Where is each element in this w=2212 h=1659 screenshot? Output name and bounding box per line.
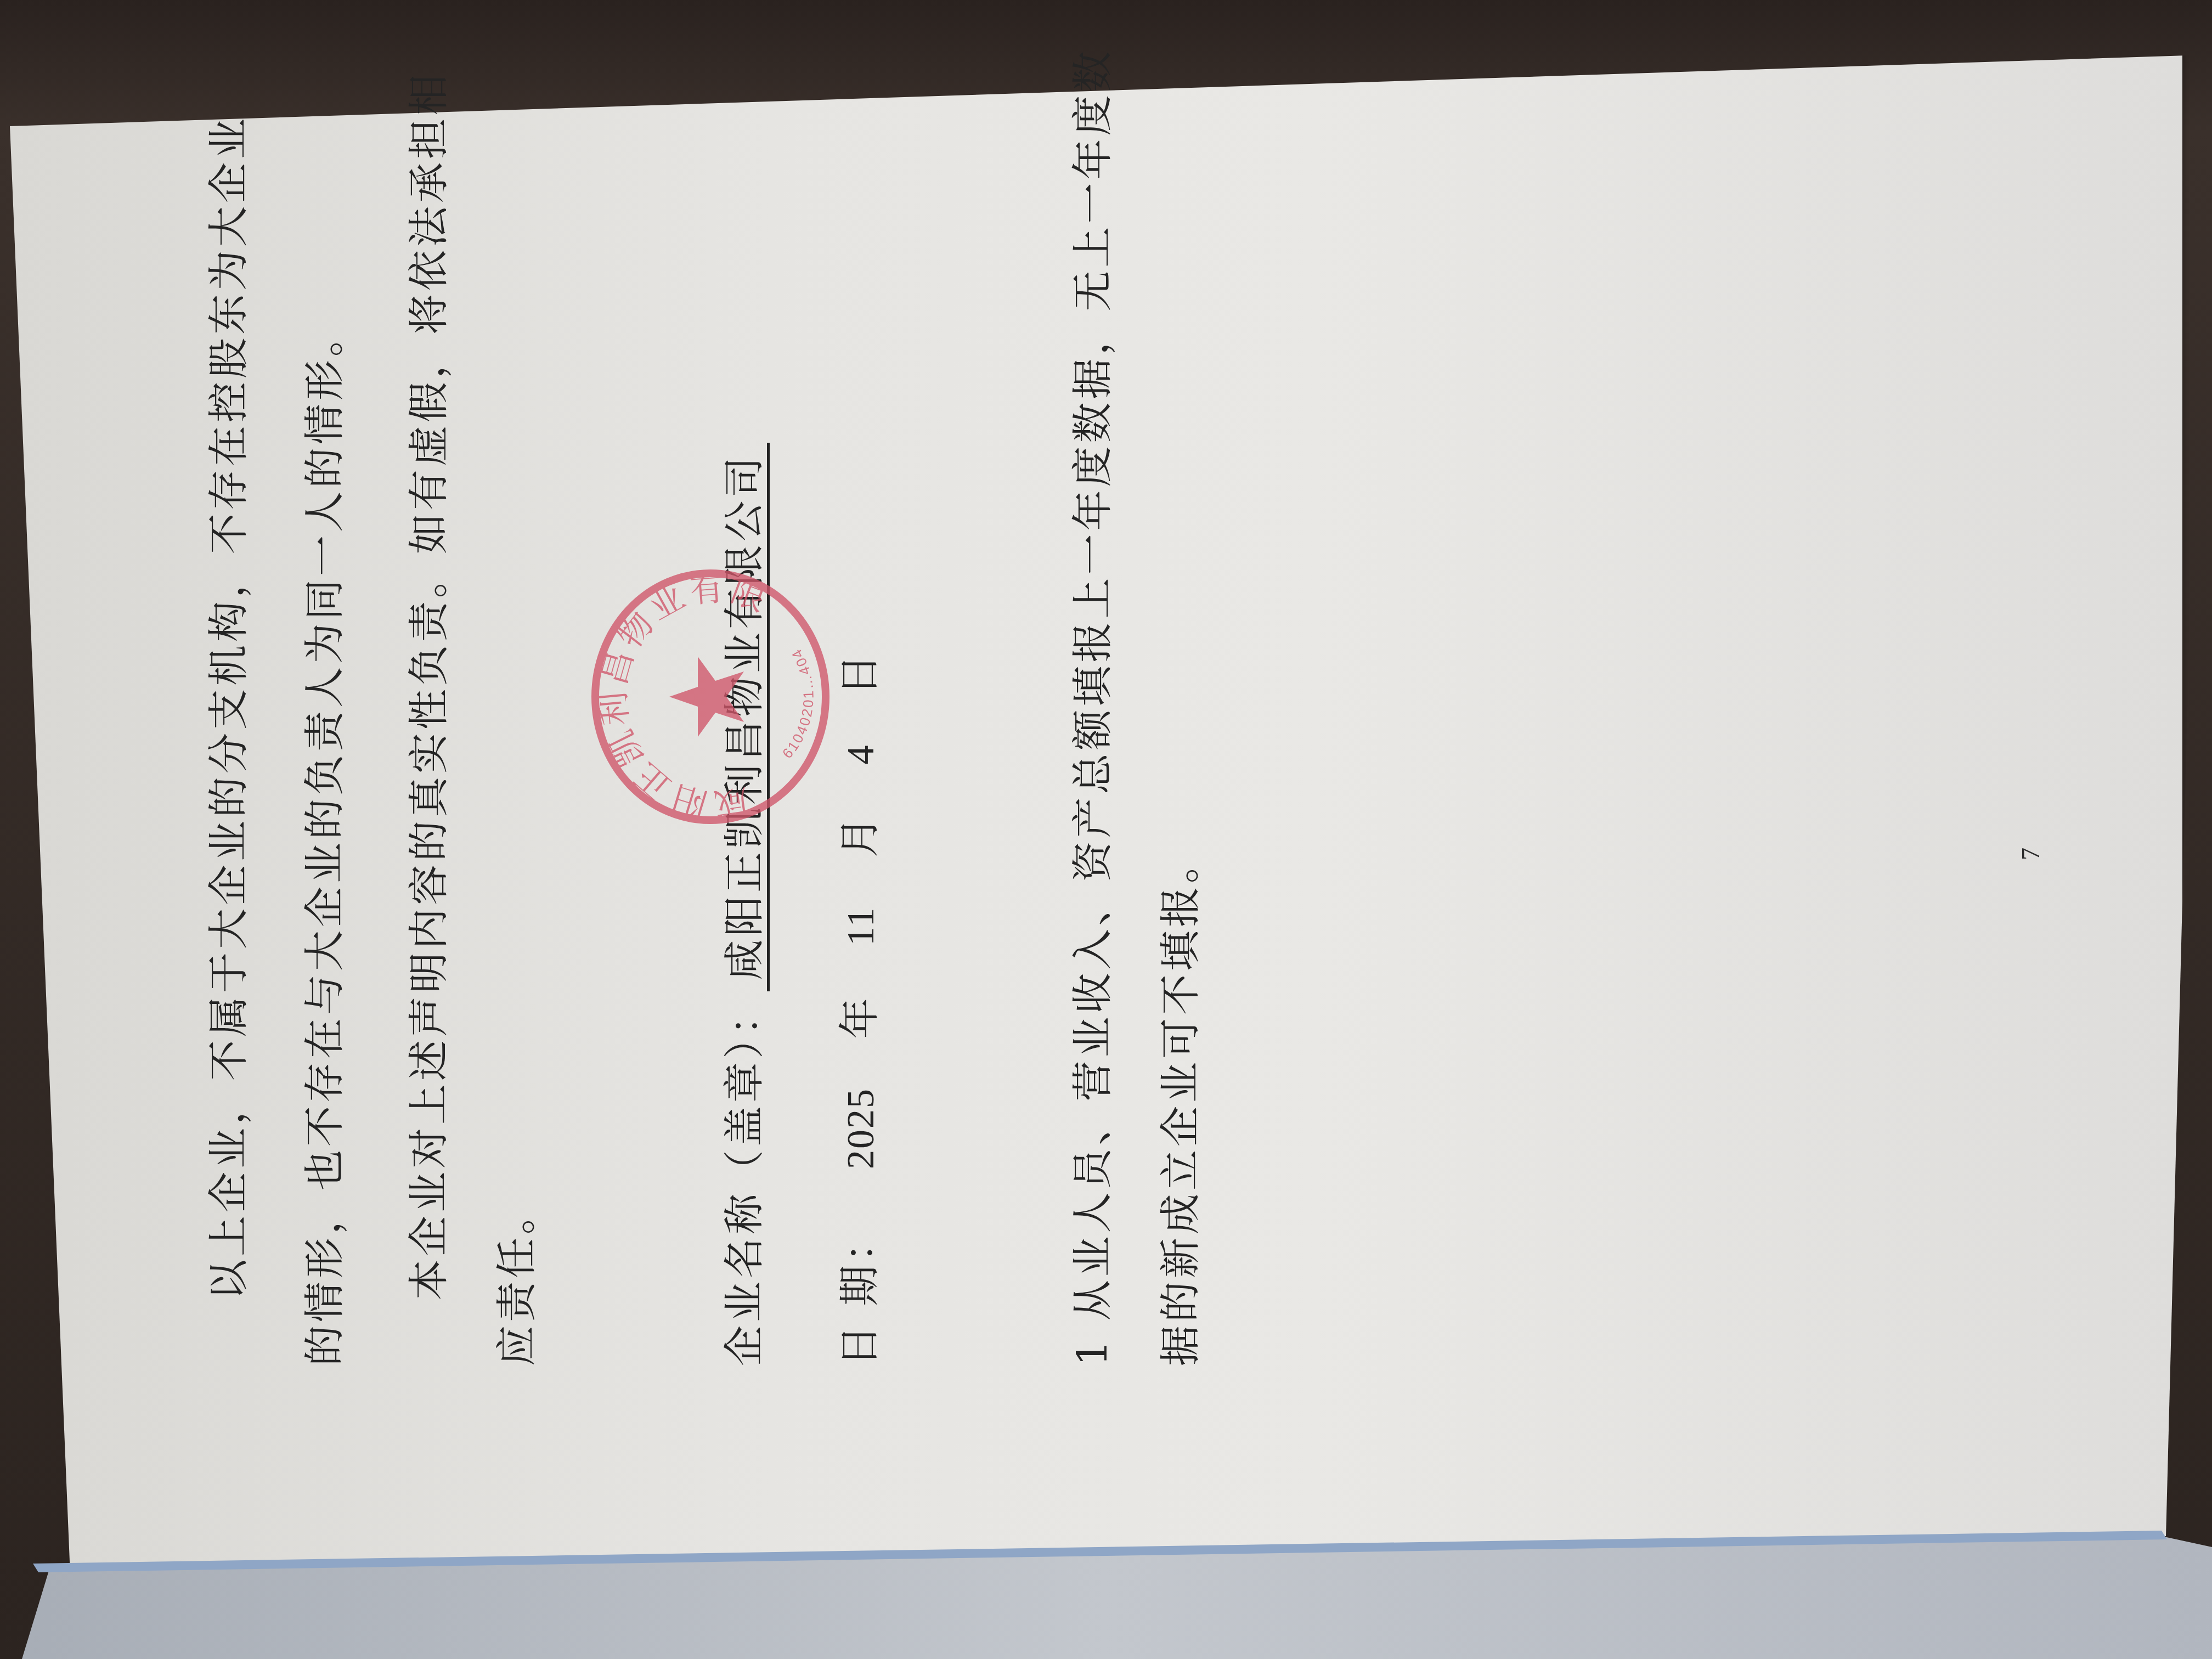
date-day-unit: 日 [836,651,883,695]
date-label: 日 期： [836,1218,883,1366]
declaration-line-2: 的情形，也不存在与大企业的负责人为同一人的情形。 [304,313,345,1366]
date-row: 日 期： 2025 年 11 月 4 日 [839,651,881,1366]
date-month: 11 [840,906,882,945]
responsibility-line-2: 应责任。 [496,1190,537,1366]
company-name-label: 企业名称（盖章）： [721,991,768,1366]
svg-text:咸阳正凯利昌物业有限公司: 咸阳正凯利昌物业有限公司 [582,568,775,834]
declaration-line-1: 以上企业，不属于大企业的分支机构，不存在控股东为大企业 [208,115,249,1300]
date-day: 4 [840,744,882,764]
date-year-unit: 年 [836,995,883,1039]
seal-number: 61040201…404 [779,645,817,761]
rotated-page-content: 以上企业，不属于大企业的分支机构，不存在控股东为大企业 的情形，也不存在与大企业… [0,11,1317,1437]
page-number: 7 [2016,848,2045,860]
star-icon [669,657,744,737]
company-seal-stamp: 咸阳正凯利昌物业有限公司 61040201…404 [582,560,839,834]
responsibility-line-1: 本企业对上述声明内容的真实性负责。如有虚假，将依法承担相 [409,71,449,1300]
date-month-unit: 月 [836,814,883,857]
seal-text: 咸阳正凯利昌物业有限公司 [582,568,775,834]
footnote-line-2: 据的新成立企业可不填报。 [1160,839,1201,1366]
date-year: 2025 [840,1088,882,1169]
svg-text:61040201…404: 61040201…404 [779,645,817,761]
footnote-line-1: 1 从业人员、营业收入、资产总额填报上一年度数据，无上一年度数 [1073,48,1113,1366]
